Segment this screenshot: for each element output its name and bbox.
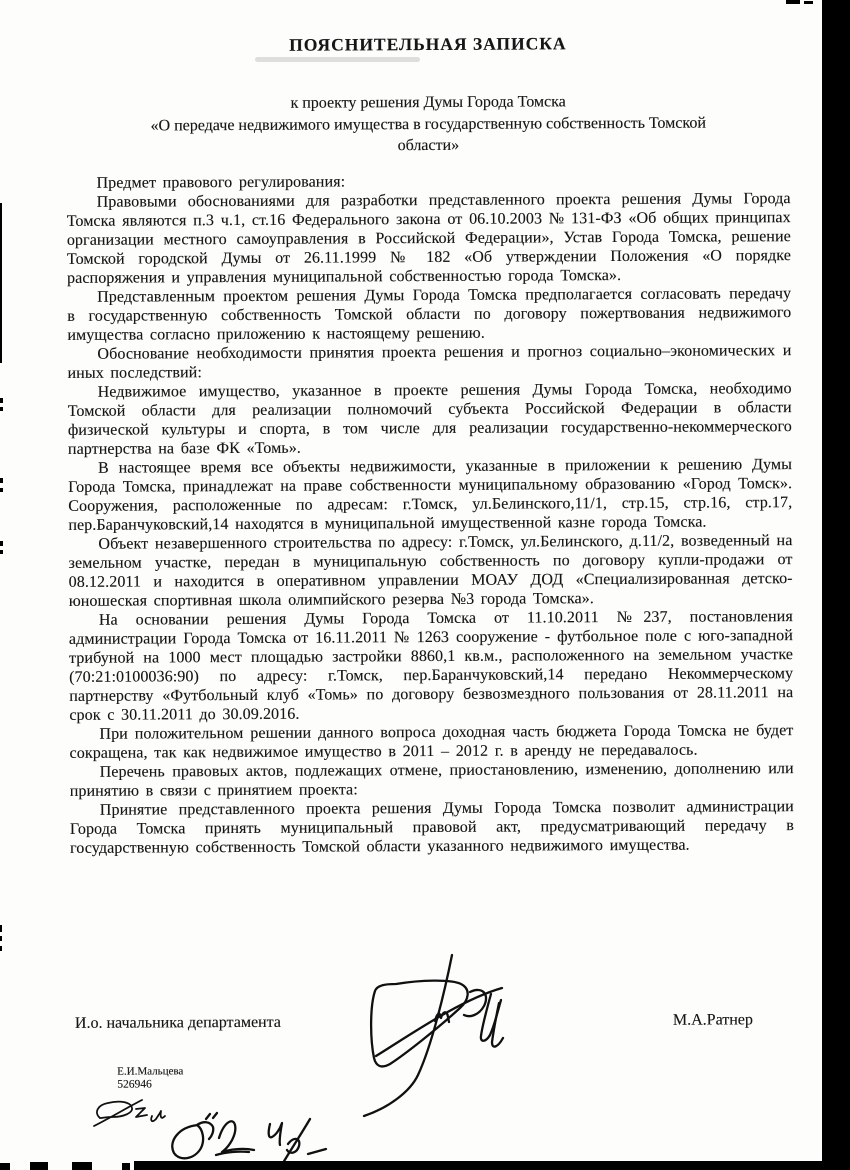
scan-left-edge-line (0, 203, 2, 363)
paragraph-acts-heading: Перечень правовых актов, подлежащих отме… (70, 759, 794, 801)
scan-left-dash (0, 407, 3, 411)
document-subtitle: к проекту решения Думы Города Томска «О … (66, 90, 790, 158)
signature-maltseva-ink (90, 1096, 175, 1136)
scan-bottom-square (0, 1163, 10, 1170)
signer-name: М.А.Ратнер (673, 1010, 753, 1029)
executor-name: Е.И.Мальцева (117, 1065, 183, 1078)
paragraph: Принятие представленного проекта решения… (70, 797, 794, 858)
scan-left-dash (0, 936, 2, 941)
scan-bottom-square (30, 1162, 48, 1170)
scan-left-dash (0, 550, 3, 554)
scan-left-dash (0, 541, 3, 546)
executor-block: Е.И.Мальцева 526946 (117, 1065, 183, 1090)
paragraph: Правовыми обоснованиями для разработки п… (67, 189, 791, 288)
signature-ratner-ink (350, 950, 515, 1122)
scan-top-dash (786, 0, 800, 4)
subtitle-line-2: «О передаче недвижимого имущества в госу… (121, 112, 735, 158)
scan-bottom-bar (134, 1161, 850, 1170)
signer-position: И.о. начальника департамента (75, 1013, 281, 1033)
scanned-page: { "document": { "title": "ПОЯСНИТЕЛЬНАЯ … (0, 0, 850, 1170)
scan-left-dash (0, 478, 3, 483)
paragraph: Недвижимое имущество, указанное в проект… (68, 379, 792, 459)
scan-top-dash (804, 1, 813, 4)
signature-ink-2 (164, 1110, 259, 1168)
scan-bottom-square (72, 1162, 92, 1170)
paragraph: Представленным проектом решения Думы Гор… (67, 284, 791, 345)
scan-right-edge-band (822, 0, 850, 1170)
scan-left-dash (0, 488, 3, 492)
paragraph: В настоящее время все объекты недвижимос… (68, 455, 792, 535)
paragraph: На основании решения Думы Города Томска … (69, 607, 794, 725)
paragraph: Объект незавершенного строительства по а… (68, 531, 792, 611)
paragraph-justification-heading: Обоснование необходимости принятия проек… (67, 341, 791, 383)
document-body: Предмет правового регулирования: Правовы… (66, 170, 794, 858)
document-title: ПОЯСНИТЕЛЬНАЯ ЗАПИСКА (66, 32, 790, 56)
scan-smudge (255, 57, 420, 62)
scan-left-dash (0, 946, 2, 951)
executor-phone: 526946 (117, 1078, 183, 1091)
scan-bottom-square (122, 1163, 130, 1170)
scan-left-dash (0, 925, 2, 932)
paragraph: При положительном решении данного вопрос… (69, 721, 793, 763)
scan-left-dash (0, 398, 3, 403)
